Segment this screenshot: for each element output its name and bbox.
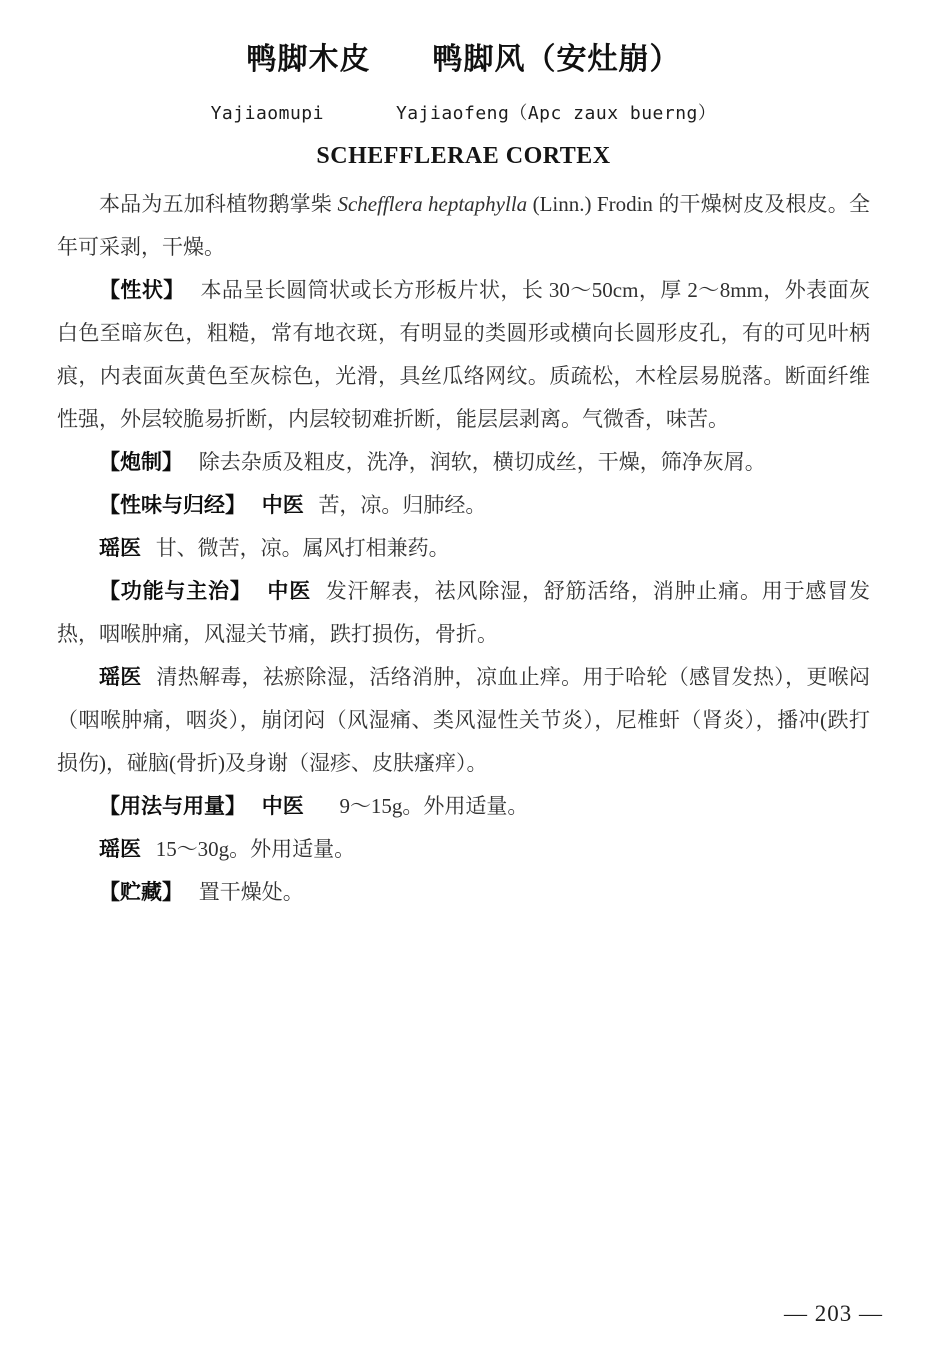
- paragraph-property-yao: 瑶医甘、微苦，凉。属风打相兼药。: [57, 527, 870, 570]
- paragraph-function-yao: 瑶医清热解毒，祛瘀除湿，活络消肿，凉血止痒。用于哈轮（感冒发热），更喉闷（咽喉肿…: [57, 656, 870, 785]
- section-label-storage: 【贮藏】: [99, 881, 183, 904]
- page-number: — 203 —: [784, 1301, 883, 1327]
- paragraph-dosage-yao: 瑶医15～30g。外用适量。: [57, 828, 870, 871]
- title-pinyin: Yajiaomupi Yajiaofeng（Apc zaux buerng）: [0, 103, 927, 125]
- pinyin-drug-name: Yajiaomupi: [211, 103, 324, 125]
- section-text-processing: 除去杂质及粗皮，洗净，润软，横切成丝，干燥，筛净灰屑。: [199, 450, 766, 474]
- pinyin-alt-name: Yajiaofeng（Apc zaux buerng）: [396, 103, 716, 125]
- section-label-description: 【性状】: [99, 279, 185, 302]
- title-cn-drug-name: 鸭脚木皮: [247, 42, 371, 78]
- botanical-latin-name: Schefflera heptaphylla: [337, 192, 527, 216]
- monograph-body: 本品为五加科植物鹅掌柴 Schefflera heptaphylla (Linn…: [57, 183, 870, 914]
- section-text-dosage-yao: 15～30g。外用适量。: [156, 837, 356, 861]
- paragraph-processing: 【炮制】除去杂质及粗皮，洗净，润软，横切成丝，干燥，筛净灰屑。: [57, 441, 870, 484]
- section-label-function: 【功能与主治】: [99, 580, 252, 603]
- section-label-dosage: 【用法与用量】: [99, 795, 246, 818]
- title-latin: SCHEFFLERAE CORTEX: [0, 142, 927, 170]
- section-label-processing: 【炮制】: [99, 451, 183, 474]
- section-text-function-yao: 清热解毒，祛瘀除湿，活络消肿，凉血止痒。用于哈轮（感冒发热），更喉闷（咽喉肿痛，…: [57, 665, 870, 775]
- section-text-property-tcm: 苦，凉。归肺经。: [318, 493, 486, 517]
- sublabel-yao: 瑶医: [99, 537, 141, 560]
- section-text-property-yao: 甘、微苦，凉。属风打相兼药。: [156, 536, 450, 560]
- sublabel-tcm: 中医: [262, 494, 304, 517]
- section-text-dosage-tcm: 9～15g。外用适量。: [339, 794, 528, 818]
- paragraph-storage: 【贮藏】置干燥处。: [57, 871, 870, 914]
- paragraph-source: 本品为五加科植物鹅掌柴 Schefflera heptaphylla (Linn…: [57, 183, 870, 269]
- paragraph-function-tcm: 【功能与主治】中医发汗解表，祛风除湿，舒筋活络，消肿止痛。用于感冒发热，咽喉肿痛…: [57, 570, 870, 656]
- sublabel-tcm: 中医: [262, 795, 304, 818]
- sublabel-yao: 瑶医: [99, 838, 141, 861]
- paragraph-description: 【性状】本品呈长圆筒状或长方形板片状，长 30～50cm，厚 2～8mm，外表面…: [57, 269, 870, 441]
- section-text-storage: 置干燥处。: [199, 880, 304, 904]
- sublabel-yao: 瑶医: [99, 666, 142, 689]
- title-cn-alt-name: 鸭脚风（安灶崩）: [433, 42, 681, 78]
- page-title: 鸭脚木皮 鸭脚风（安灶崩）: [0, 0, 927, 78]
- monograph-page: 鸭脚木皮 鸭脚风（安灶崩） Yajiaomupi Yajiaofeng（Apc …: [0, 0, 927, 1353]
- source-text-pre: 本品为五加科植物鹅掌柴: [99, 192, 337, 216]
- paragraph-property-tcm: 【性味与归经】中医苦，凉。归肺经。: [57, 484, 870, 527]
- sublabel-tcm: 中医: [267, 580, 311, 603]
- paragraph-dosage-tcm: 【用法与用量】中医9～15g。外用适量。: [57, 785, 870, 828]
- section-label-property: 【性味与归经】: [99, 494, 246, 517]
